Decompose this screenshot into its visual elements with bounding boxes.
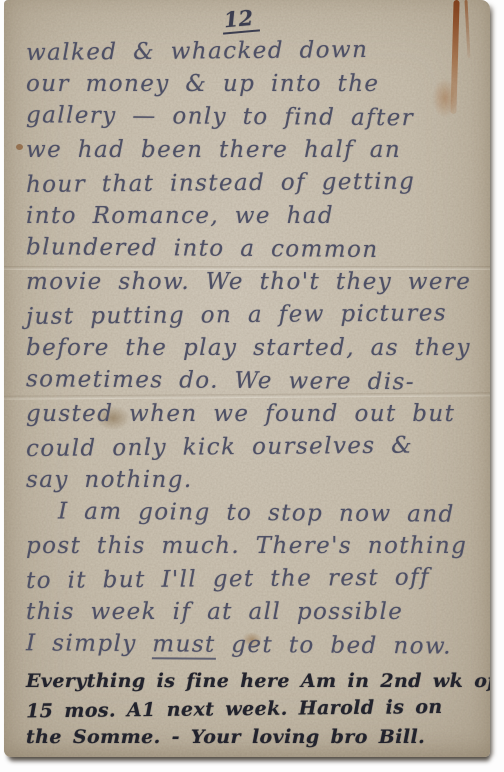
handwriting-line: hour that instead of getting — [26, 165, 476, 202]
emphasis-pre: I simply — [26, 630, 153, 657]
page-number: 12 — [221, 6, 260, 34]
handwriting-line: movie show. We tho't they were — [26, 266, 476, 299]
handwriting-line: this week if at all possible — [26, 596, 476, 629]
scanned-letter: 12 walked & whacked down our money & up … — [0, 0, 504, 772]
ink-spot — [16, 144, 23, 150]
handwriting-line: Everything is fine here Am in 2nd wk of — [26, 667, 476, 695]
handwriting-line: the Somme. - Your loving bro Bill. — [26, 723, 476, 751]
handwriting-line: just putting on a few pictures — [26, 297, 476, 334]
handwriting-line: sometimes do. We were dis- — [26, 363, 476, 400]
handwriting-line: gusted when we found out but — [26, 398, 476, 431]
handwriting-line: our money & up into the — [26, 68, 476, 101]
letter-content: 12 walked & whacked down our money & up … — [26, 6, 476, 751]
handwriting-line: into Romance, we had — [26, 200, 476, 233]
handwriting-line: to it but I'll get the rest off — [26, 561, 476, 598]
postscript-note: Everything is fine here Am in 2nd wk of … — [26, 667, 476, 751]
emphasis-post: get to bed now. — [216, 632, 453, 660]
handwriting-line: say nothing. — [26, 464, 476, 497]
letter-paper: 12 walked & whacked down our money & up … — [4, 0, 490, 757]
underlined-word: must — [152, 631, 215, 659]
handwriting-line: could only kick ourselves & — [26, 429, 476, 466]
handwriting-line: walked & whacked down — [26, 33, 476, 70]
letter-body: walked & whacked down our money & up int… — [26, 35, 476, 662]
handwriting-line-emphasis: I simply must get to bed now. — [26, 627, 476, 664]
handwriting-line: post this much. There's nothing — [26, 530, 476, 563]
handwriting-line: blundered into a common — [26, 231, 476, 268]
handwriting-line: before the play started, as they — [26, 332, 476, 365]
handwriting-line: 15 mos. A1 next week. Harold is on — [26, 693, 476, 726]
handwriting-line: we had been there half an — [26, 134, 476, 167]
handwriting-line: I am going to stop now and — [26, 495, 476, 532]
handwriting-line: gallery — only to find after — [26, 99, 476, 136]
